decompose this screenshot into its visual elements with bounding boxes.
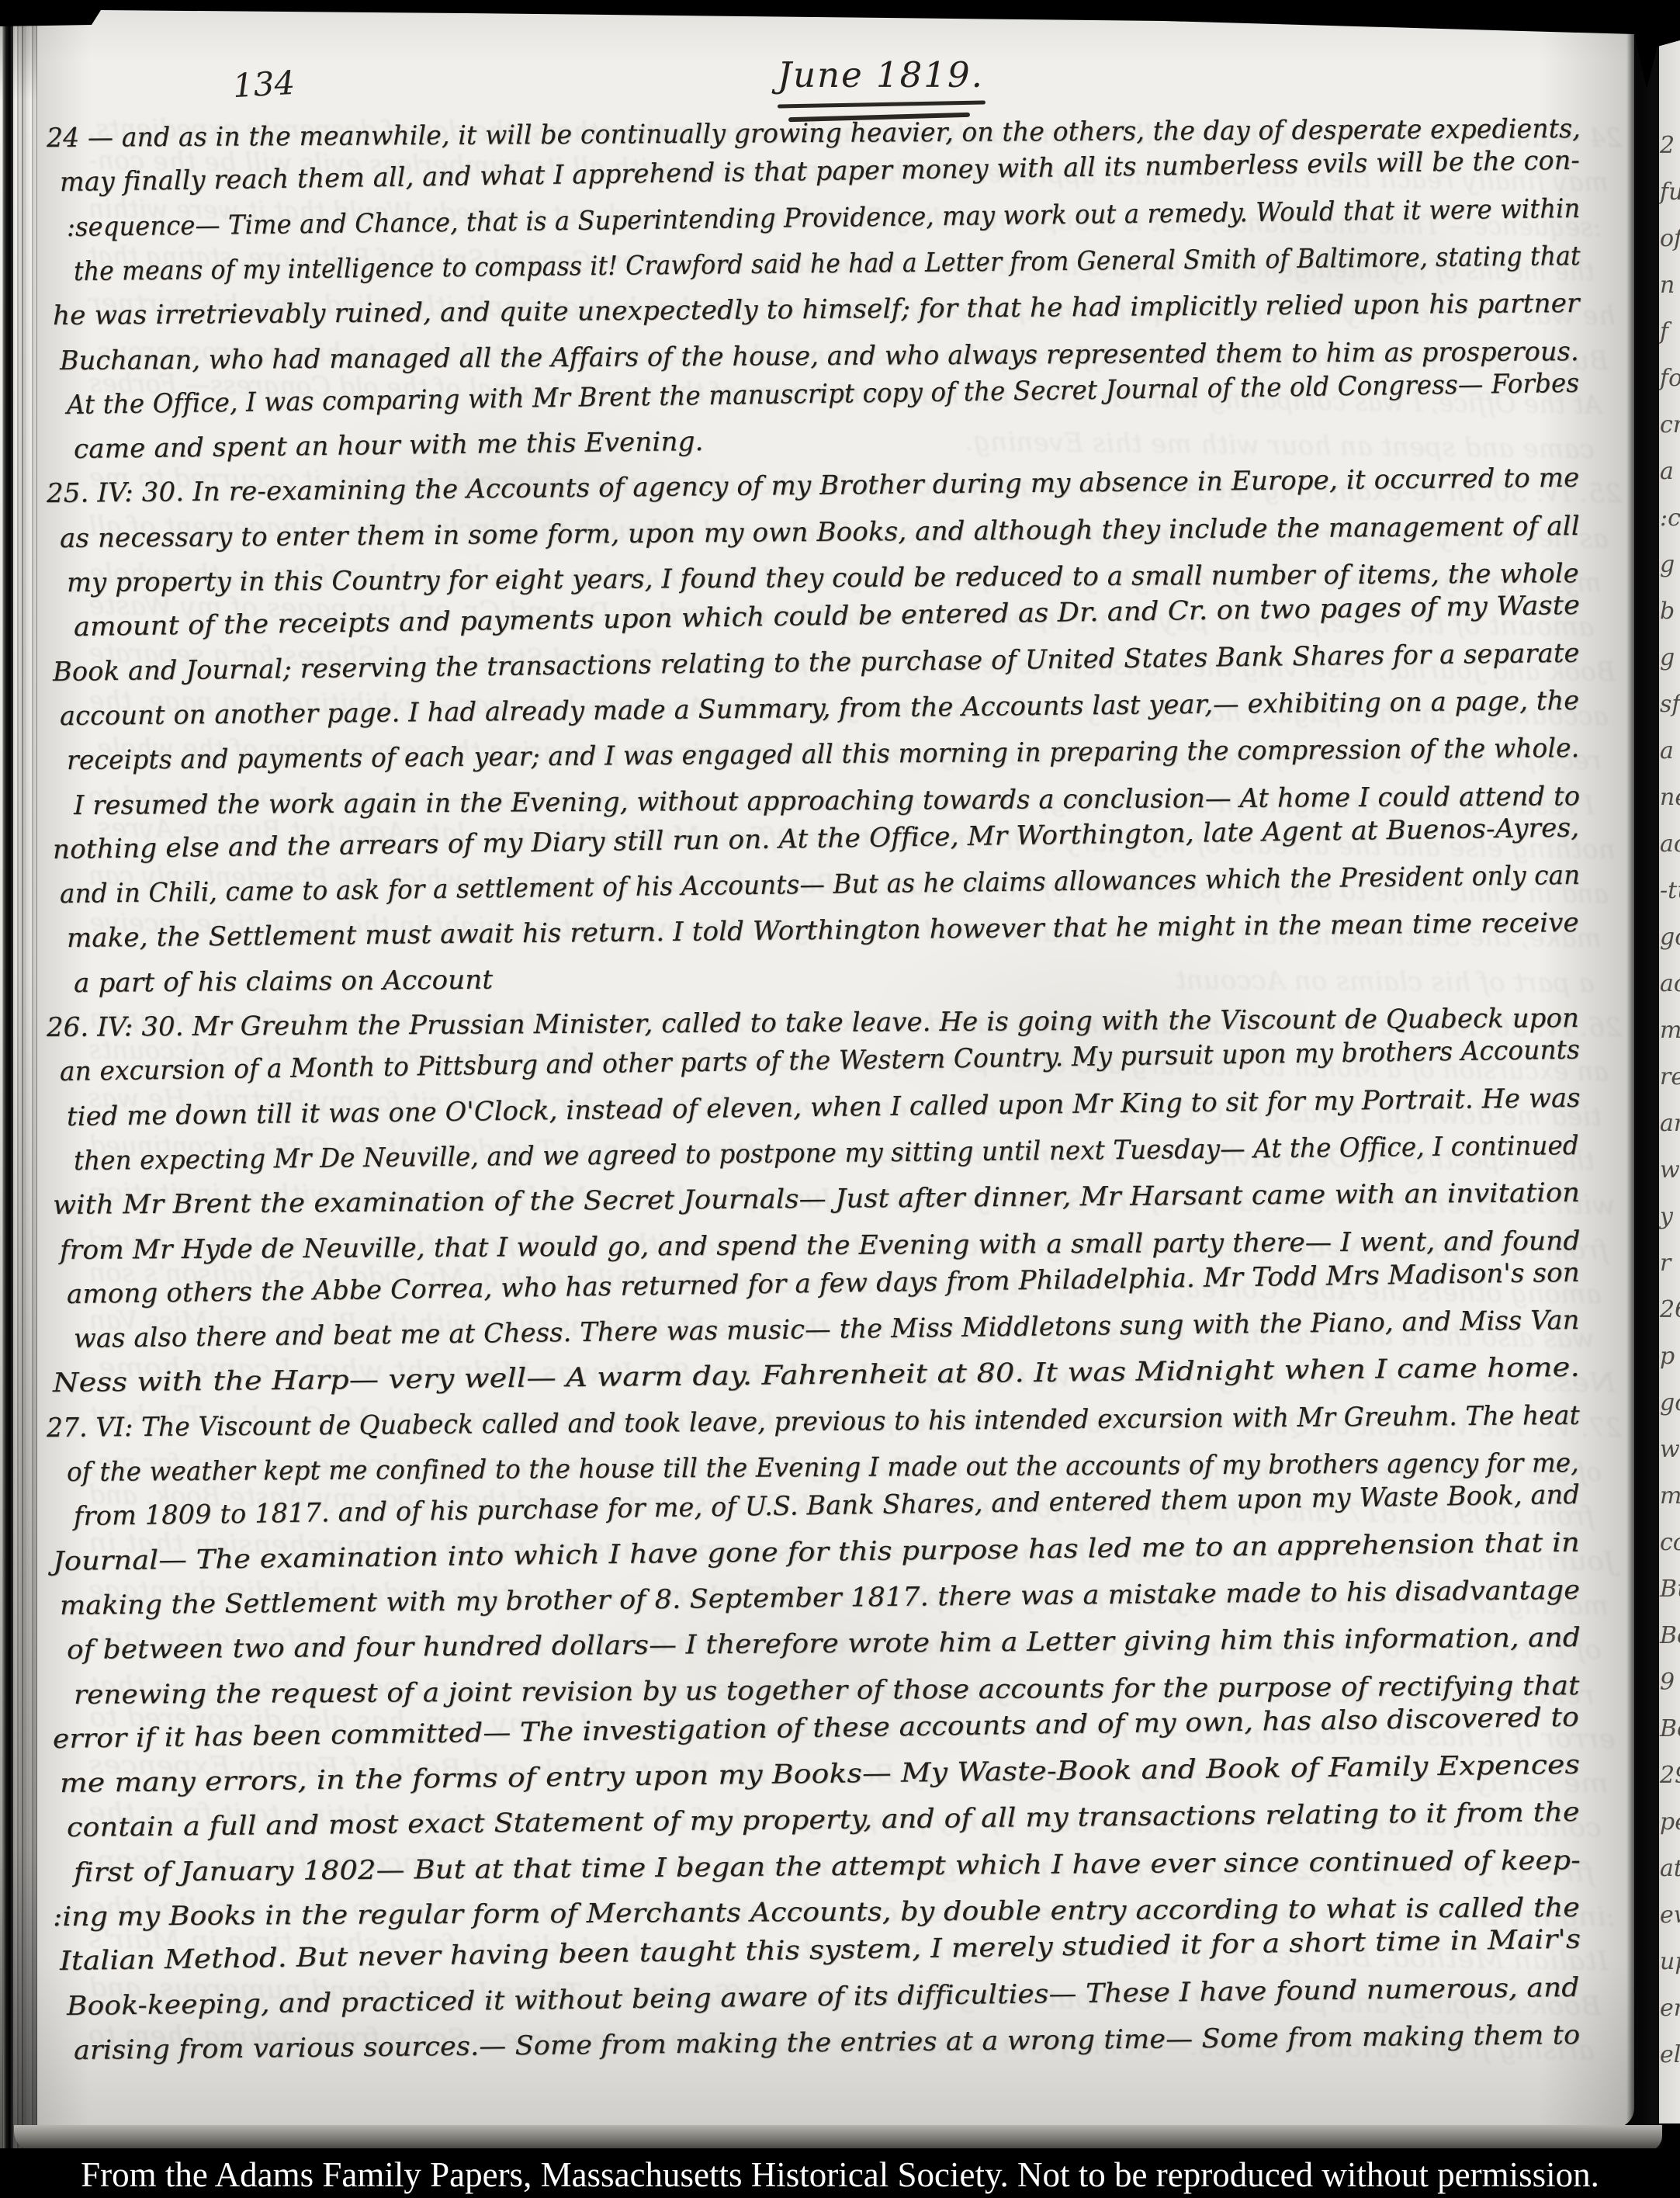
- book-spine: [3, 0, 13, 2165]
- facing-page-fragment: pe: [1660, 1808, 1680, 1836]
- facing-page-fragment: g: [1660, 551, 1675, 578]
- facing-page-fragment: re: [1660, 1063, 1680, 1090]
- manuscript-line: At the Office, I was comparing with Mr B…: [67, 368, 1580, 421]
- manuscript-line: Buchanan, who had managed all the Affair…: [60, 336, 1579, 376]
- manuscript-text: 24 — and as in the meanwhile, it will be…: [34, 0, 1634, 2127]
- page-bottom-edge: [14, 2125, 1662, 2151]
- manuscript-line: nothing else and the arrears of my Diary…: [53, 812, 1580, 865]
- facing-page-fragment: ne: [1660, 784, 1680, 811]
- facing-page-fragment: w: [1660, 1436, 1680, 1463]
- manuscript-line: may finally reach them all, and what I a…: [60, 145, 1580, 198]
- facing-page-fragment: m: [1660, 1482, 1680, 1510]
- facing-page-fragment: 29: [1660, 1762, 1680, 1789]
- facing-page-fragment: 26: [1660, 1296, 1680, 1323]
- manuscript-line: tied me down till it was one O'Clock, in…: [67, 1082, 1581, 1132]
- manuscript-line: Italian Method. But never having been ta…: [60, 1924, 1581, 1977]
- facing-page-fragment: Bu: [1660, 1576, 1680, 1603]
- manuscript-line: then expecting Mr De Neuville, and we ag…: [74, 1130, 1579, 1177]
- manuscript-line: a part of his claims on Account: [74, 964, 494, 998]
- facing-page-fragment: ac: [1660, 970, 1680, 997]
- caption-bar: From the Adams Family Papers, Massachuse…: [0, 2148, 1680, 2198]
- facing-page-fragment: -tu: [1660, 877, 1680, 904]
- manuscript-line: from Mr Hyde de Neuville, that I would g…: [60, 1226, 1581, 1266]
- manuscript-line: 27. VI: The Viscount de Quabeck called a…: [47, 1399, 1580, 1443]
- facing-page-fragment: sf: [1660, 691, 1680, 718]
- facing-page-fragment: up: [1660, 1948, 1680, 1975]
- facing-page-fragment: cr: [1660, 411, 1680, 439]
- facing-page-fragment: at: [1660, 1855, 1680, 1882]
- facing-page-fragment: n: [1660, 272, 1675, 299]
- manuscript-line: arising from various sources.— Some from…: [74, 2019, 1581, 2066]
- manuscript-line: contain a full and most exact Statement …: [67, 1797, 1580, 1843]
- facing-page-fragment: go: [1660, 924, 1680, 951]
- manuscript-photo: 2fuofnffocra:cgbgsfaneac-tugoacmrearwyr2…: [0, 0, 1680, 2198]
- facing-page-fragment: y: [1660, 1203, 1673, 1230]
- manuscript-line: of between two and four hundred dollars—…: [67, 1622, 1581, 1666]
- manuscript-line: the means of my intelligence to compass …: [74, 241, 1581, 287]
- manuscript-line: first of January 1802— But at that time …: [74, 1845, 1581, 1888]
- facing-page-fragment: fu: [1660, 179, 1680, 206]
- facing-page-fragment: :c: [1660, 504, 1680, 532]
- facing-page-fragment: ew: [1660, 1902, 1680, 1929]
- manuscript-line: error if it has been committed— The inve…: [53, 1701, 1580, 1754]
- facing-page-fragment: b: [1660, 598, 1675, 625]
- facing-page-fragment: Bo: [1660, 1622, 1680, 1649]
- facing-page-fragment: el: [1660, 2041, 1680, 2068]
- facing-page-fragment: w: [1660, 1156, 1680, 1184]
- facing-page-fragment: ac: [1660, 830, 1680, 858]
- facing-page-fragment: a: [1660, 737, 1674, 764]
- manuscript-line: making the Settlement with my brother of…: [60, 1575, 1580, 1621]
- manuscript-line: and in Chili, came to ask for a settleme…: [60, 860, 1581, 910]
- facing-page-fragment: fo: [1660, 365, 1680, 392]
- manuscript-line: with Mr Brent the examination of the Sec…: [53, 1177, 1580, 1221]
- facing-page-fragment: m: [1660, 1017, 1680, 1044]
- facing-page-fragment: ar: [1660, 1110, 1680, 1137]
- manuscript-line: came and spent an hour with me this Even…: [74, 426, 704, 465]
- manuscript-line: was also there and beat me at Chess. The…: [74, 1305, 1580, 1354]
- manuscript-line: make, the Settlement must await his retu…: [67, 907, 1579, 954]
- manuscript-line: Book-keeping, and practiced it without b…: [67, 1971, 1580, 2021]
- facing-page-fragment: Bo: [1660, 1715, 1680, 1742]
- facing-page-fragment: 2: [1660, 132, 1675, 159]
- source-caption: From the Adams Family Papers, Massachuse…: [81, 2155, 1599, 2195]
- manuscript-line: he was irretrievably ruined, and quite u…: [53, 288, 1580, 331]
- facing-page-fragment: r: [1660, 1250, 1671, 1277]
- manuscript-line: receipts and payments of each year; and …: [67, 733, 1580, 776]
- manuscript-line: as necessary to enter them in some form,…: [60, 511, 1580, 554]
- facing-page-fragment: g: [1660, 644, 1675, 671]
- manuscript-line: me many errors, in the forms of entry up…: [60, 1749, 1581, 1799]
- facing-page-fragment: of: [1660, 225, 1680, 252]
- manuscript-line: from 1809 to 1817. and of his purchase f…: [74, 1479, 1580, 1532]
- facing-page-fragment: 9: [1660, 1669, 1675, 1696]
- facing-page-edge: 2fuofnffocra:cgbgsfaneac-tugoacmrearwyr2…: [1659, 28, 1680, 2123]
- manuscript-line: Book and Journal; reserving the transact…: [53, 637, 1580, 687]
- manuscript-line: 25. IV: 30. In re-examining the Accounts…: [47, 463, 1580, 509]
- manuscript-line: account on another page. I had already m…: [60, 685, 1580, 732]
- facing-page-fragment: f: [1660, 318, 1668, 345]
- manuscript-line: :sequence— Time and Chance, that is a Su…: [67, 192, 1581, 242]
- manuscript-line: among others the Abbe Correa, who has re…: [67, 1257, 1580, 1310]
- manuscript-line: amount of the receipts and payments upon…: [74, 590, 1581, 643]
- facing-page-fragment: p: [1660, 1343, 1675, 1370]
- manuscript-line: Journal— The examination into which I ha…: [53, 1527, 1580, 1576]
- facing-page-fragment: go: [1660, 1389, 1680, 1416]
- facing-page-fragment: en: [1660, 1995, 1680, 2022]
- manuscript-line: Ness with the Harp— very well— A warm da…: [53, 1352, 1580, 1399]
- manuscript-line: an excursion of a Month to Pittsburg and…: [60, 1035, 1580, 1087]
- facing-page-fragment: co: [1660, 1529, 1680, 1556]
- facing-page-fragment: a: [1660, 458, 1674, 485]
